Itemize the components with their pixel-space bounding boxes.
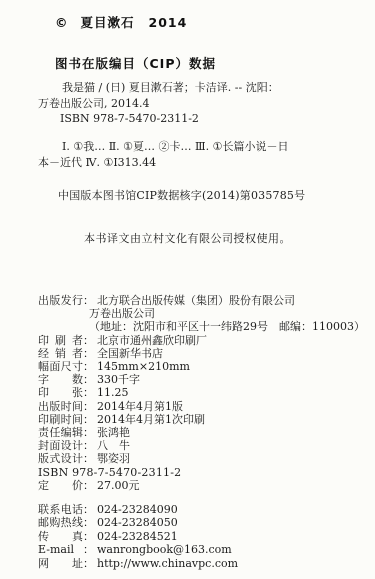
contact-row-phone: 联系电话：024-23284090 xyxy=(38,503,368,516)
row-label: 印刷时间 xyxy=(38,413,83,426)
row-label: 传真 xyxy=(38,530,83,543)
row-value: 145mm×210mm xyxy=(97,360,190,373)
row-value: 024-23284050 xyxy=(97,516,178,529)
colophon-row-word-count: 字数：330千字 xyxy=(38,373,368,386)
colophon-isbn-line: ISBN 978-7-5470-2311-2 xyxy=(38,466,368,479)
row-label: E-mail xyxy=(38,543,83,556)
row-value: 鄂姿羽 xyxy=(97,452,130,465)
contact-row-mail-order: 邮购热线：024-23284050 xyxy=(38,516,368,529)
cip-classification-line-1: Ⅰ. ①我… Ⅱ. ①夏… ②卡… Ⅲ. ①长篇小说－日 xyxy=(38,139,360,155)
colophon-row-publisher-address: （地址：沈阳市和平区十一纬路29号 邮编：110003） xyxy=(38,320,368,333)
colophon-row-layout-design: 版式设计：鄂姿羽 xyxy=(38,452,368,465)
row-value: 北京市通州鑫欣印刷厂 xyxy=(97,334,207,347)
row-label: 邮购热线 xyxy=(38,516,83,529)
colophon-row-sheets: 印张：11.25 xyxy=(38,386,368,399)
row-label: 幅面尺寸 xyxy=(38,360,83,373)
row-label: 印刷者 xyxy=(38,334,83,347)
row-value: 2014年4月第1次印刷 xyxy=(97,413,205,426)
row-label: 版式设计 xyxy=(38,452,83,465)
copyright-year: 2014 xyxy=(149,15,188,30)
row-label: 网址 xyxy=(38,557,83,570)
row-value: 全国新华书店 xyxy=(97,347,163,360)
row-value: 024-23284090 xyxy=(97,503,178,516)
colophon-row-trim-size: 幅面尺寸：145mm×210mm xyxy=(38,360,368,373)
copyright-line: ©夏目漱石2014 xyxy=(55,16,187,30)
row-label: 经销者 xyxy=(38,347,83,360)
row-label: 责任编辑 xyxy=(38,426,83,439)
book-copyright-page: ©夏目漱石2014 图书在版编目（CIP）数据 我是猫 / (日) 夏目漱石著；… xyxy=(0,0,375,579)
row-value: 2014年4月第1版 xyxy=(97,400,183,413)
row-label: 字数 xyxy=(38,373,83,386)
cip-registry-number: 中国版本图书馆CIP数据核字(2014)第035785号 xyxy=(58,189,305,203)
row-value: 北方联合出版传媒（集团）股份有限公司 xyxy=(97,294,295,307)
colophon-row-publish-date: 出版时间：2014年4月第1版 xyxy=(38,400,368,413)
row-value: wanrongbook@163.com xyxy=(97,543,232,556)
row-label: 封面设计 xyxy=(38,439,83,452)
contact-row-fax: 传真：024-23284521 xyxy=(38,530,368,543)
row-value: 万卷出版公司 xyxy=(89,307,155,320)
row-label: 联系电话 xyxy=(38,503,83,516)
colophon-block: 出版发行：北方联合出版传媒（集团）股份有限公司 万卷出版公司 （地址：沈阳市和平… xyxy=(38,294,368,492)
contact-row-website: 网址：http://www.chinavpc.com xyxy=(38,557,368,570)
row-value: 330千字 xyxy=(97,373,140,386)
cip-heading: 图书在版编目（CIP）数据 xyxy=(55,57,216,71)
contact-row-email: E-mail：wanrongbook@163.com xyxy=(38,543,368,556)
row-value: 11.25 xyxy=(97,386,129,399)
row-value: http://www.chinavpc.com xyxy=(97,557,238,570)
contact-block: 联系电话：024-23284090 邮购热线：024-23284050 传真：0… xyxy=(38,503,368,570)
cip-record-isbn: ISBN 978-7-5470-2311-2 xyxy=(38,111,360,127)
colophon-row-distributor: 经销者：全国新华书店 xyxy=(38,347,368,360)
colophon-row-publisher: 出版发行：北方联合出版传媒（集团）股份有限公司 xyxy=(38,294,368,307)
copyright-symbol: © xyxy=(55,15,69,30)
cip-record-line-2: 万卷出版公司, 2014.4 xyxy=(38,96,360,112)
row-label: 印张 xyxy=(38,386,83,399)
cip-record-line-1: 我是猫 / (日) 夏目漱石著；卡洁译. -- 沈阳： xyxy=(38,80,360,96)
row-label: 出版发行 xyxy=(38,294,83,307)
translation-authorization-note: 本书译文由立村文化有限公司授权使用。 xyxy=(0,232,375,246)
colophon-row-print-date: 印刷时间：2014年4月第1次印刷 xyxy=(38,413,368,426)
colophon-row-printer: 印刷者：北京市通州鑫欣印刷厂 xyxy=(38,334,368,347)
row-value: 27.00元 xyxy=(97,479,140,492)
row-label: 出版时间 xyxy=(38,400,83,413)
row-value: （地址：沈阳市和平区十一纬路29号 邮编：110003） xyxy=(89,320,365,333)
colophon-row-publisher-cont: 万卷出版公司 xyxy=(38,307,368,320)
copyright-author: 夏目漱石 xyxy=(81,15,135,30)
row-value: 024-23284521 xyxy=(97,530,178,543)
cip-classification-line-2: 本－近代 Ⅳ. ①I313.44 xyxy=(38,155,360,171)
colophon-row-editor: 责任编辑：张鸿艳 xyxy=(38,426,368,439)
cip-classification: Ⅰ. ①我… Ⅱ. ①夏… ②卡… Ⅲ. ①长篇小说－日 本－近代 Ⅳ. ①I3… xyxy=(38,139,360,170)
row-value: 八 牛 xyxy=(97,439,130,452)
colophon-row-price: 定价：27.00元 xyxy=(38,479,368,492)
colophon-row-cover-design: 封面设计：八 牛 xyxy=(38,439,368,452)
row-value: 张鸿艳 xyxy=(97,426,130,439)
cip-record: 我是猫 / (日) 夏目漱石著；卡洁译. -- 沈阳： 万卷出版公司, 2014… xyxy=(38,80,360,127)
row-label: 定价 xyxy=(38,479,83,492)
